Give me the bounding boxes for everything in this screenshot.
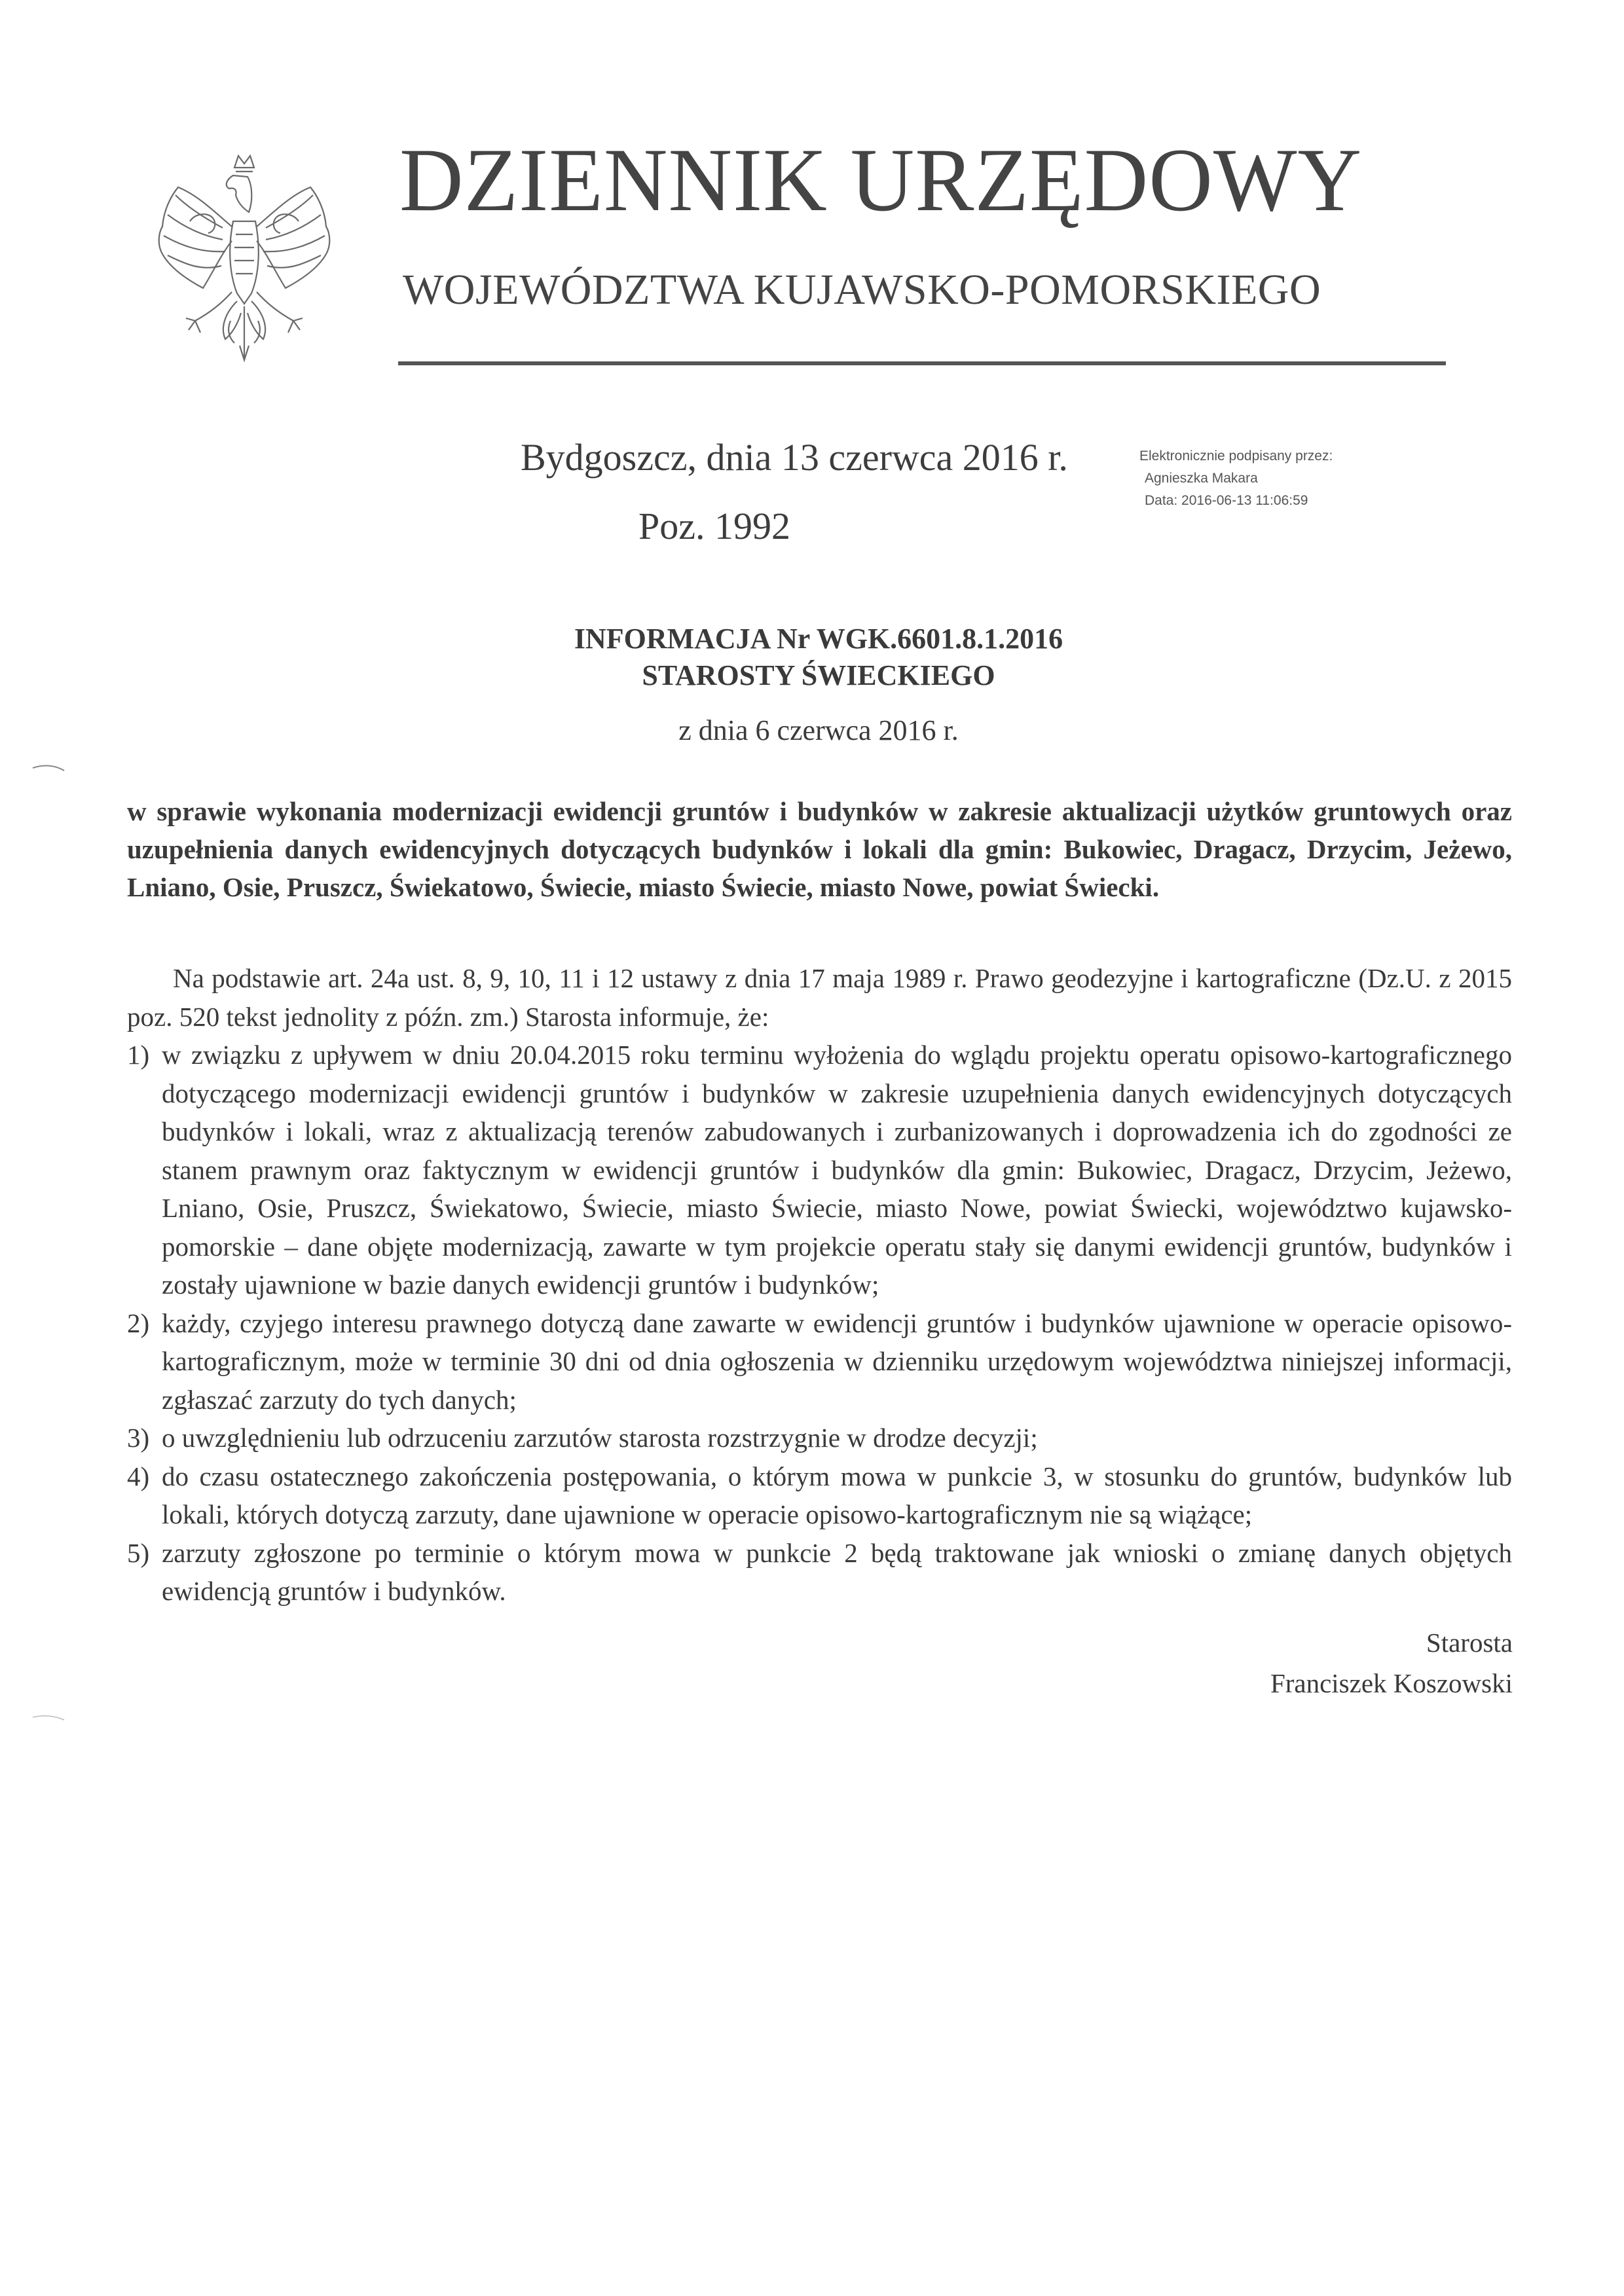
scan-mark: [31, 763, 71, 776]
place-date: Bydgoszcz, dnia 13 czerwca 2016 r.: [521, 435, 1068, 479]
masthead-divider: [398, 361, 1446, 365]
list-item: 1) w związku z upływem w dniu 20.04.2015…: [127, 1036, 1512, 1304]
document-title-line2: STAROSTY ŚWIECKIEGO: [13, 657, 1624, 694]
list-item-text: zarzuty zgłoszone po terminie o którym m…: [162, 1538, 1512, 1607]
signature-block: Starosta Franciszek Koszowski: [1270, 1622, 1513, 1704]
signature-role: Starosta: [1270, 1622, 1513, 1663]
numbered-list: 1) w związku z upływem w dniu 20.04.2015…: [127, 1036, 1512, 1611]
eagle-emblem-icon: [149, 149, 339, 372]
document-subject: w sprawie wykonania modernizacji ewidenc…: [127, 792, 1512, 906]
esign-date: Data: 2016-06-13 11:06:59: [1139, 490, 1333, 512]
document-date: z dnia 6 czerwca 2016 r.: [0, 714, 1624, 747]
list-item-text: każdy, czyjego interesu prawnego dotyczą…: [162, 1308, 1512, 1415]
list-item: 4) do czasu ostatecznego zakończenia pos…: [127, 1457, 1512, 1534]
document-title: INFORMACJA Nr WGK.6601.8.1.2016 STAROSTY…: [0, 621, 1624, 694]
position-number: Poz. 1992: [638, 504, 790, 548]
list-item: 2) każdy, czyjego interesu prawnego doty…: [127, 1304, 1512, 1419]
list-item-text: w związku z upływem w dniu 20.04.2015 ro…: [162, 1040, 1512, 1300]
list-item-number: 1): [127, 1036, 149, 1074]
list-item-number: 5): [127, 1534, 149, 1573]
list-item-number: 2): [127, 1304, 149, 1343]
esign-label: Elektronicznie podpisany przez:: [1139, 445, 1333, 467]
list-item-text: do czasu ostatecznego zakończenia postęp…: [162, 1461, 1512, 1530]
list-item-number: 3): [127, 1419, 149, 1457]
masthead-title: DZIENNIK URZĘDOWY: [399, 128, 1362, 232]
signature-name: Franciszek Koszowski: [1270, 1663, 1513, 1704]
list-item: 5) zarzuty zgłoszone po terminie o który…: [127, 1534, 1512, 1611]
document-body: Na podstawie art. 24a ust. 8, 9, 10, 11 …: [127, 959, 1512, 1611]
list-item: 3) o uwzględnieniu lub odrzuceniu zarzut…: [127, 1419, 1512, 1457]
scan-mark: [31, 1712, 71, 1725]
list-item-number: 4): [127, 1457, 149, 1496]
list-item-text: o uwzględnieniu lub odrzuceniu zarzutów …: [162, 1423, 1038, 1453]
esign-signer: Agnieszka Makara: [1139, 467, 1333, 490]
document-title-line1: INFORMACJA Nr WGK.6601.8.1.2016: [13, 621, 1624, 657]
masthead-subtitle: WOJEWÓDZTWA KUJAWSKO-POMORSKIEGO: [403, 265, 1321, 315]
intro-paragraph: Na podstawie art. 24a ust. 8, 9, 10, 11 …: [127, 959, 1512, 1036]
electronic-signature: Elektronicznie podpisany przez: Agnieszk…: [1139, 445, 1333, 512]
